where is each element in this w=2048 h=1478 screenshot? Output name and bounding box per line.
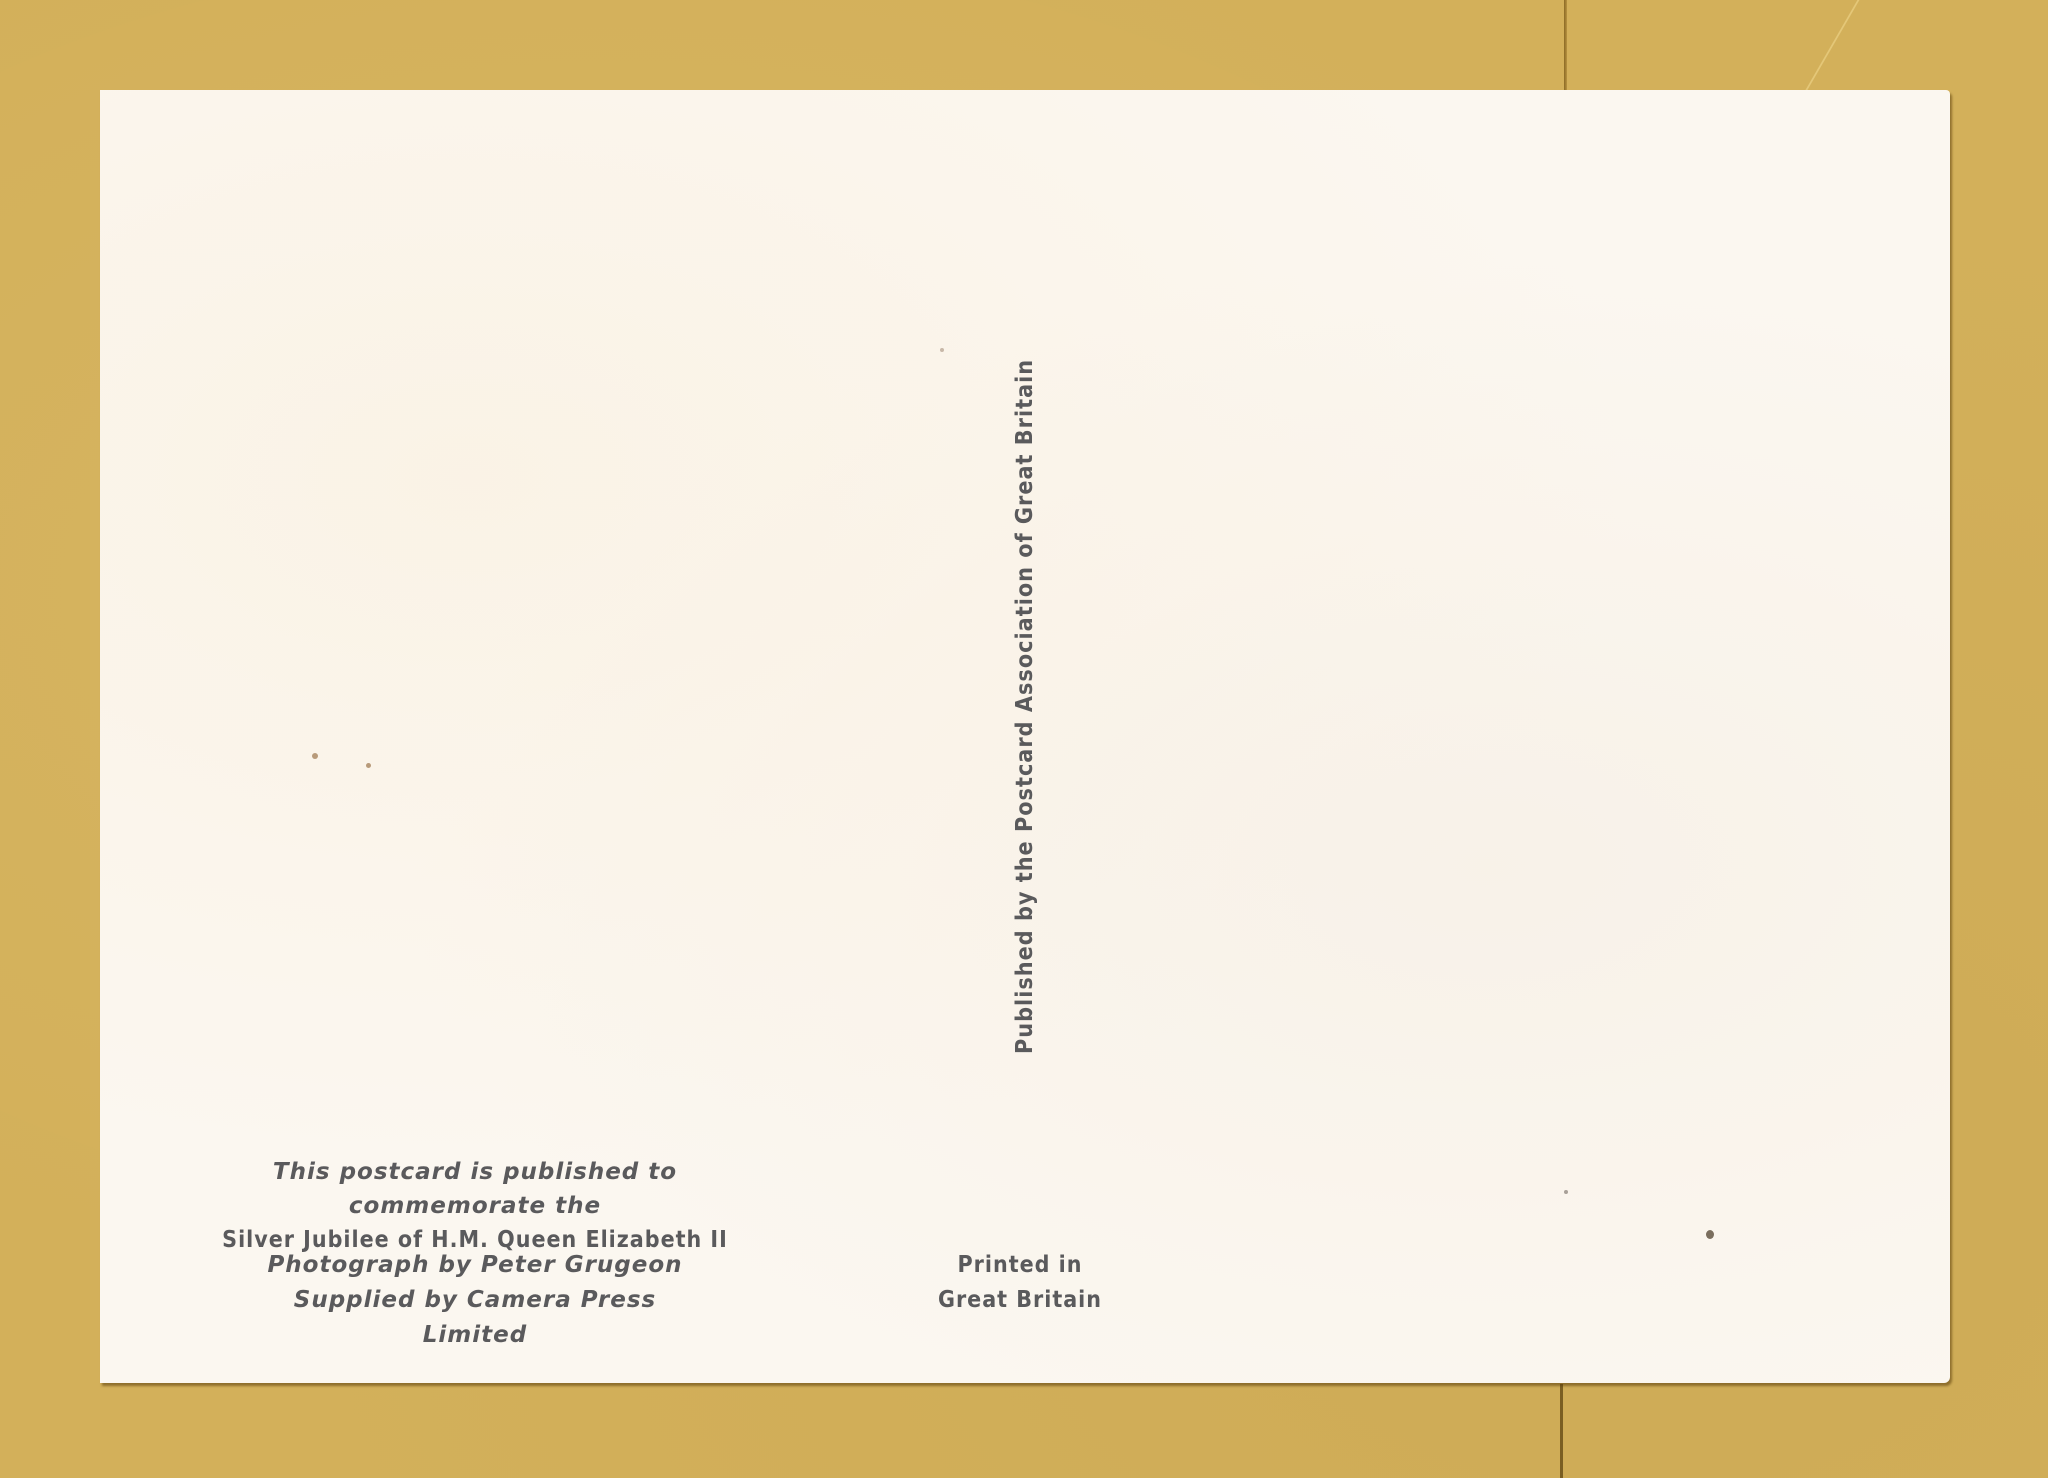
paper-speck	[312, 753, 318, 759]
paper-speck	[1564, 1190, 1568, 1194]
printed-in: Printed in Great Britain	[920, 1248, 1120, 1318]
backing-seam-top	[1564, 0, 1567, 92]
supplier-credit: Supplied by Camera Press Limited	[255, 1283, 695, 1353]
printed-line-2: Great Britain	[920, 1283, 1120, 1318]
commemoration-text: This postcard is published to commemorat…	[215, 1155, 735, 1257]
backing-crease	[1803, 0, 1860, 95]
printed-line-1: Printed in	[920, 1248, 1120, 1283]
postcard-back: This postcard is published to commemorat…	[100, 90, 1950, 1383]
publisher-text: Published by the Postcard Association of…	[1012, 359, 1038, 1054]
paper-speck	[1706, 1230, 1714, 1239]
paper-speck	[940, 348, 944, 352]
backing-seam-bottom	[1560, 1384, 1563, 1478]
photograph-credit: Photograph by Peter Grugeon	[255, 1248, 695, 1283]
commemoration-line-1: This postcard is published to commemorat…	[215, 1155, 735, 1223]
paper-speck	[366, 763, 371, 768]
publisher-divider-text: Published by the Postcard Association of…	[1012, 354, 1046, 1054]
photo-credits: Photograph by Peter Grugeon Supplied by …	[255, 1248, 695, 1353]
